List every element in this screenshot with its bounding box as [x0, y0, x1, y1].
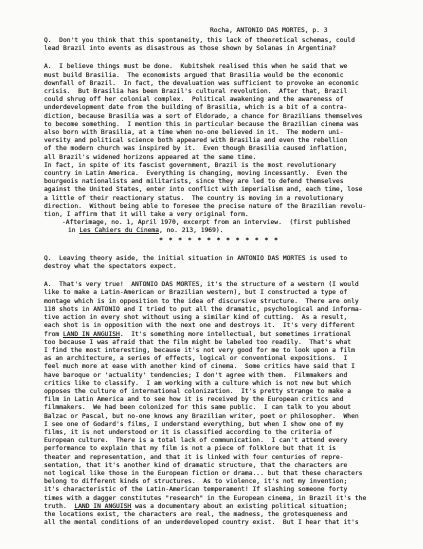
answer-block: A. I believe things must be done. Kubits…: [44, 63, 394, 219]
document-body: Q. Don't you think that this spontaneity…: [44, 37, 394, 527]
text-line: In fact, in spite of its fascist governm…: [44, 162, 394, 170]
text-line: theater and representation, and that it …: [44, 454, 394, 462]
text-line: have baroque or 'actuality' tendencies; …: [44, 372, 394, 380]
separator-block: * * * * * * * * * * * * *: [44, 237, 394, 245]
text-line: against the United States, enter into co…: [44, 186, 394, 194]
text-line: films, it is not understood or it is cla…: [44, 429, 394, 437]
text-line: montage which is in opposition to the id…: [44, 298, 394, 306]
text-line: I see one of Godard's films, I understan…: [44, 421, 394, 429]
text-line: diction, because Brasilia was a sort of …: [44, 113, 394, 121]
text-line: performance to explain that my film is n…: [44, 445, 394, 453]
text-line: it's characteristic of the Latin-America…: [44, 486, 394, 494]
text-line: in Les Cahiers du Cinema, no. 213, 1969)…: [68, 227, 394, 235]
text-line: Q. Don't you think that this spontaneity…: [44, 37, 394, 45]
page-header: Rocha, ANTONIO DAS MORTES, p. 3: [210, 27, 328, 35]
text-line: too because I was afraid that the film m…: [44, 339, 394, 347]
text-line: lead Brazil into events as disastrous as…: [44, 45, 394, 53]
text-line: not logical like those in the European f…: [44, 470, 394, 478]
text-line: Balzac or Pascal, but no-one knows any B…: [44, 413, 394, 421]
text-line: also born with Brasilia, at a time when …: [44, 129, 394, 137]
question-block: Q. Leaving theory aside, the initial sit…: [44, 255, 394, 271]
text-line: the locations exist, the characters are …: [44, 511, 394, 519]
text-line: all Brazil's widened horizons appeared a…: [44, 154, 394, 162]
text-line: feel much more at ease with another kind…: [44, 363, 394, 371]
text-line: sentation, that it's another kind of dra…: [44, 462, 394, 470]
text-line: A. I believe things must be done. Kubits…: [44, 63, 394, 71]
text-line: I find the most interesting, because it'…: [44, 347, 394, 355]
text-line: critics like to classify. I am working w…: [44, 380, 394, 388]
text-line: each shot is in opposition with the next…: [44, 322, 394, 330]
text-line: opposes the culture of international col…: [44, 388, 394, 396]
text-line: underdevelopment date from the building …: [44, 104, 394, 112]
text-line: filmmakers. We had been colonized for th…: [44, 404, 394, 412]
text-line: * * * * * * * * * * * * *: [44, 237, 394, 245]
text-line: Q. Leaving theory aside, the initial sit…: [44, 255, 394, 263]
text-line: direction. Without being able to foresee…: [44, 203, 394, 211]
question-block: Q. Don't you think that this spontaneity…: [44, 37, 394, 53]
text-line: crisis. But Brasilia has been Brazil's c…: [44, 88, 394, 96]
text-line: of the modern church was inspired by it.…: [44, 145, 394, 153]
document-page: Rocha, ANTONIO DAS MORTES, p. 3 Q. Don't…: [0, 0, 423, 549]
text-line: from LAND IN ANGUISH. It's something mor…: [44, 331, 394, 339]
text-line: all the mental conditions of an underdev…: [44, 519, 394, 527]
text-line: truth. LAND IN ANGUISH was a documentary…: [44, 503, 394, 511]
answer-block: A. That's very true! ANTONIO DAS MORTES,…: [44, 281, 394, 527]
text-line: times with a dagger constitutes "researc…: [44, 495, 394, 503]
text-line: a little of their reactionary status. Th…: [44, 195, 394, 203]
text-line: 110 shots in ANTONIO and I tried to put …: [44, 306, 394, 314]
text-line: must build Brasilia. The economists argu…: [44, 72, 394, 80]
text-line: like to make a Latin-American or Brazili…: [44, 289, 394, 297]
citation-block: -Afterimage, no. 1, April 1970, excerpt …: [44, 219, 394, 235]
text-line: downfall of Brazil. In fact, the devalua…: [44, 80, 394, 88]
text-line: destroy what the spectators expect.: [44, 263, 394, 271]
text-line: to become something. I mention this in p…: [44, 121, 394, 129]
